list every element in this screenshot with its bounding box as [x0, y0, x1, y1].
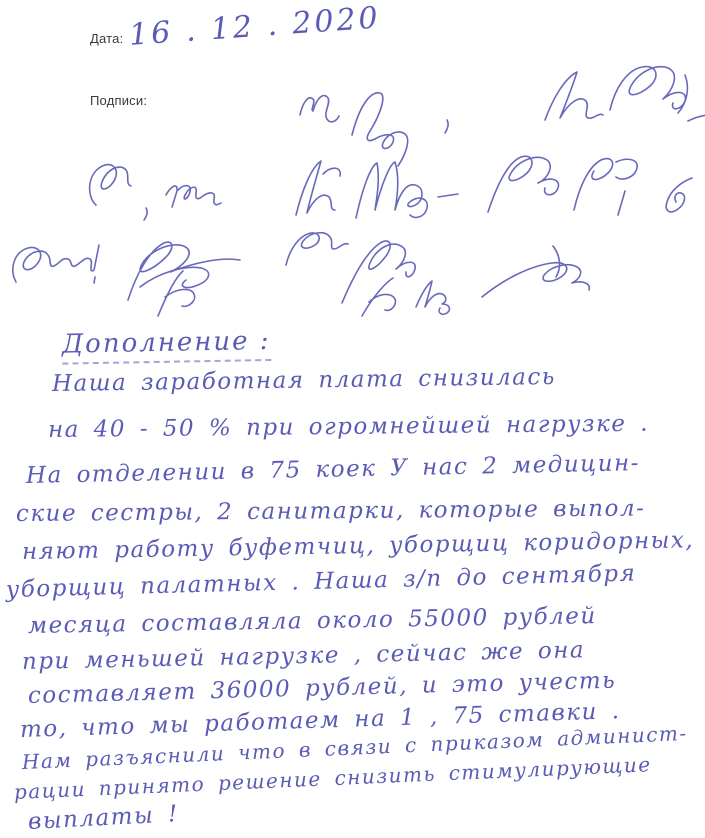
signature-stroke: [166, 186, 221, 207]
note-line: ские сестры, 2 санитарки, которые выпол-: [16, 493, 705, 529]
signature-stroke: [482, 246, 589, 297]
signature-stroke: [610, 67, 705, 121]
signature-stroke: [416, 281, 449, 314]
signature-stroke: [352, 93, 408, 166]
signature-stroke: [144, 208, 147, 220]
signature-stroke: [286, 233, 348, 265]
note-line: на 40 - 50 % при огромнейшей нагрузке .: [48, 408, 705, 445]
note-line: На отделении в 75 коек У нас 2 медицин-: [26, 447, 705, 491]
date-label: Дата:: [90, 31, 123, 46]
signature-stroke: [13, 245, 99, 283]
scanned-document-page: Дата: 16 . 12 . 2020 Подписи: Дополнение…: [0, 0, 705, 838]
signature-stroke: [296, 161, 340, 215]
note-heading-row: Дополнение :: [62, 316, 705, 364]
signature-stroke: [342, 241, 415, 316]
handwritten-note: Дополнение : Наша заработная плата снизи…: [0, 322, 705, 838]
signature-stroke: [574, 159, 637, 215]
signature-stroke: [128, 242, 240, 316]
date-value-handwritten: 16 . 12 . 2020: [128, 0, 382, 52]
signature-stroke: [545, 72, 603, 120]
note-heading: Дополнение :: [62, 324, 271, 365]
signature-stroke: [488, 156, 558, 212]
signatures-ink: [0, 60, 705, 320]
signature-stroke: [445, 120, 448, 133]
note-line: Наша заработная плата снизилась: [52, 360, 705, 399]
signature-stroke: [356, 162, 458, 218]
signature-stroke: [666, 178, 692, 212]
signature-stroke: [300, 96, 339, 122]
signature-stroke: [90, 165, 131, 205]
